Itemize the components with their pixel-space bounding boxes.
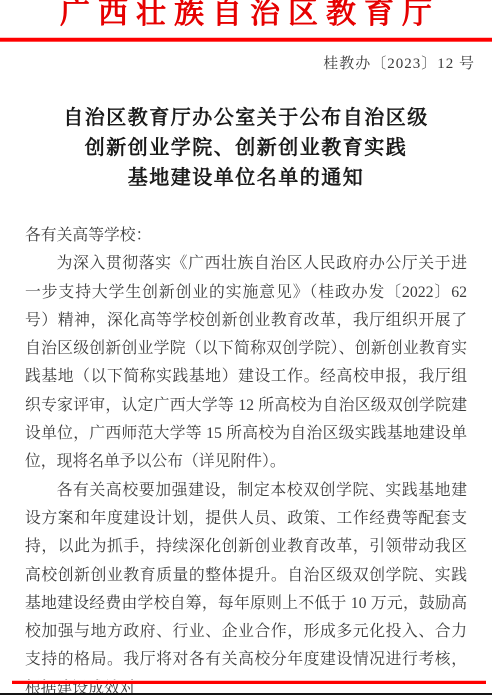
doc-number: 桂教办〔2023〕12 号 bbox=[0, 54, 492, 74]
document-page: 广西壮族自治区教育厅 桂教办〔2023〕12 号 自治区教育厅办公室关于公布自治… bbox=[0, 0, 492, 696]
document-body: 各有关高等学校： 为深入贯彻落实《广西壮族自治区人民政府办公厅关于进一步支持大学… bbox=[25, 222, 467, 696]
salutation: 各有关高等学校： bbox=[25, 222, 467, 250]
page-bottom-edge bbox=[0, 693, 492, 695]
header-divider bbox=[0, 37, 492, 42]
title-line-3: 基地建设单位名单的通知 bbox=[0, 163, 492, 193]
title-line-2: 创新创业学院、创新创业教育实践 bbox=[0, 133, 492, 163]
document-title: 自治区教育厅办公室关于公布自治区级 创新创业学院、创新创业教育实践 基地建设单位… bbox=[0, 103, 492, 193]
letterhead: 广西壮族自治区教育厅 桂教办〔2023〕12 号 bbox=[0, 0, 492, 74]
body-paragraph-1: 为深入贯彻落实《广西壮族自治区人民政府办公厅关于进一步支持大学生创新创业的实施意… bbox=[25, 250, 467, 476]
org-title: 广西壮族自治区教育厅 bbox=[0, 0, 492, 32]
body-paragraph-2: 各有关高校要加强建设，制定本校双创学院、实践基地建设方案和年度建设计划，提供人员… bbox=[25, 477, 467, 696]
title-line-1: 自治区教育厅办公室关于公布自治区级 bbox=[0, 103, 492, 133]
footer-divider bbox=[12, 680, 486, 684]
